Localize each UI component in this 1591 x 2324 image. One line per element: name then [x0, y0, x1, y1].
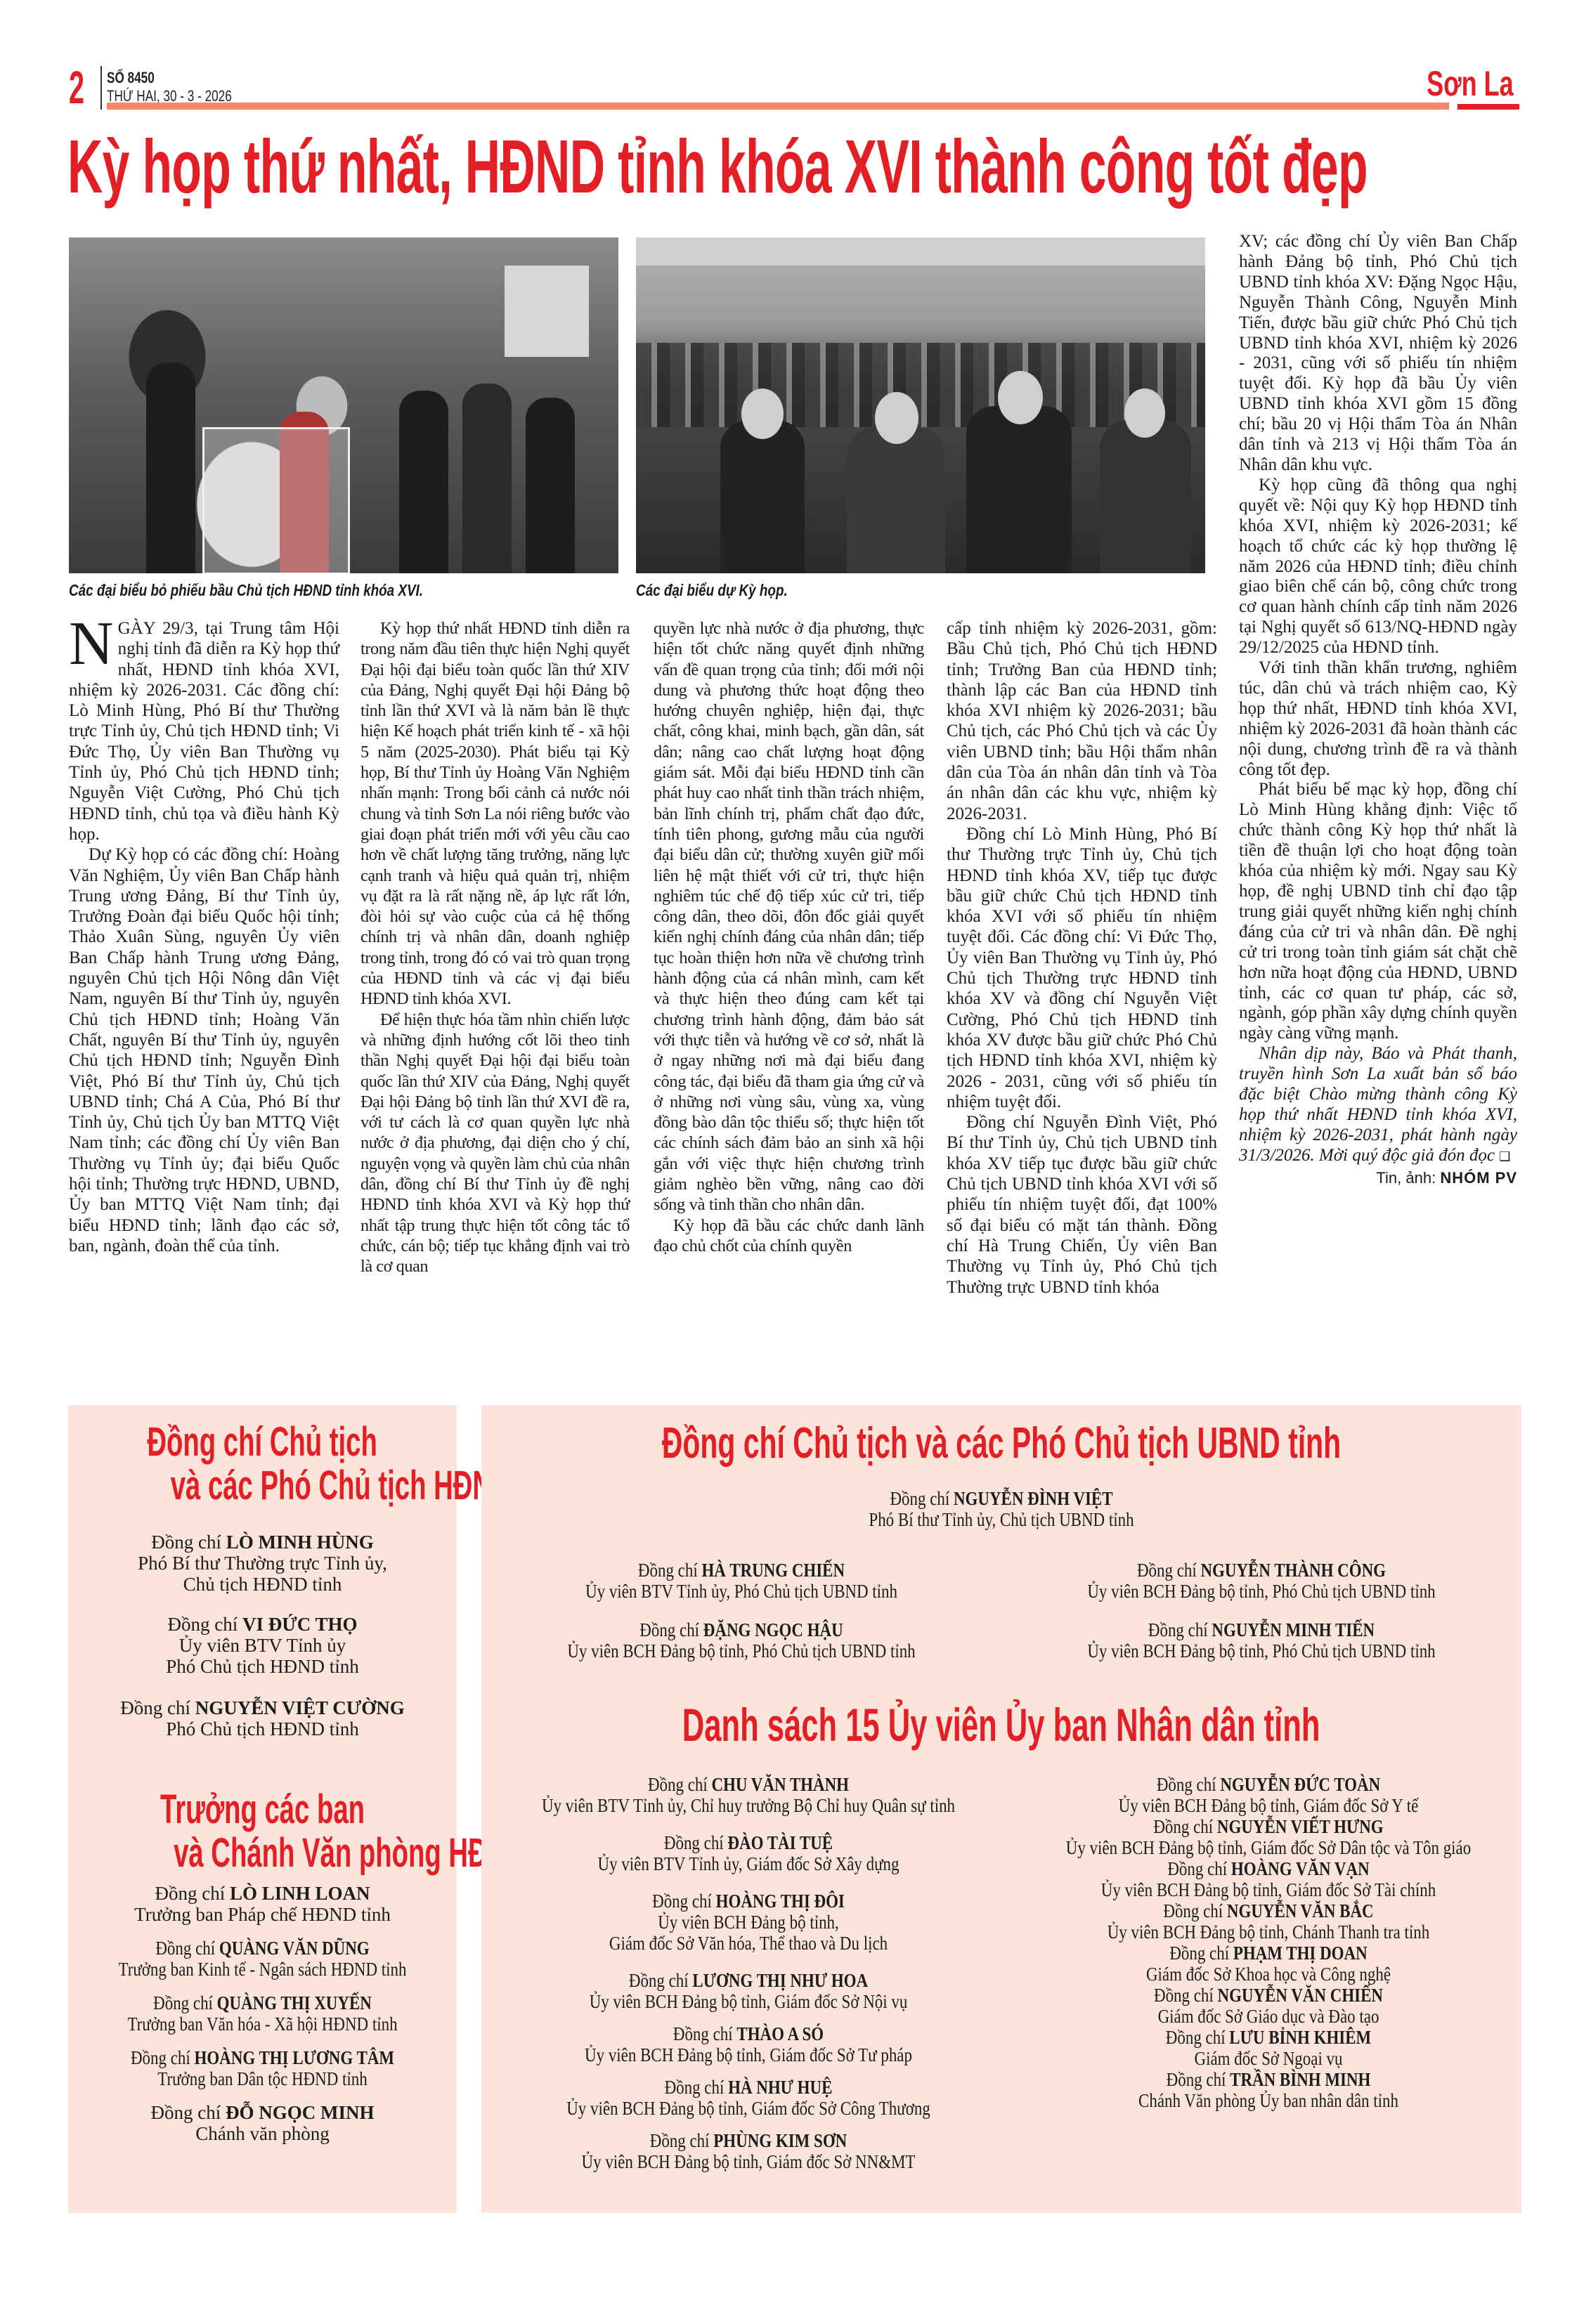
official-entry: Đồng chí CHU VĂN THÀNH Ủy viên BTV Tỉnh … — [481, 1774, 1015, 1816]
photo-face — [875, 392, 918, 444]
official-name: HÀ NHƯ HUỆ — [728, 2077, 832, 2098]
ballot-box — [202, 427, 350, 573]
photo-caption: Các đại biểu dự Kỳ họp. — [636, 580, 788, 600]
official-entry: Đồng chí QUÀNG VĂN DŨNG Trưởng ban Kinh … — [68, 1938, 457, 1980]
official-entry: Đồng chí NGUYỄN ĐỨC TOÀN Ủy viên BCH Đản… — [1015, 1774, 1521, 1816]
article-column-3: quyền lực nhà nước ở địa phương, thực hi… — [654, 618, 924, 1256]
brand-rule — [1457, 104, 1519, 110]
box-title: Đồng chí Chủ tịch và các Phó Chủ tịch UB… — [481, 1421, 1521, 1467]
official-name: ĐỖ NGỌC MINH — [226, 2102, 375, 2123]
issue-info: SỐ 8450 THỨ HAI, 30 - 3 - 2026 — [107, 69, 232, 105]
official-name: HOÀNG THỊ ĐÔI — [716, 1891, 845, 1912]
official-name: LÒ MINH HÙNG — [226, 1532, 374, 1553]
official-name: ĐÀO TÀI TUỆ — [727, 1832, 833, 1853]
official-name: QUÀNG THỊ XUYẾN — [217, 1992, 372, 2013]
official-entry: Đồng chí NGUYỄN THÀNH CÔNG Ủy viên BCH Đ… — [1001, 1560, 1521, 1602]
paragraph: Đồng chí Lò Minh Hùng, Phó Bí thư Thường… — [947, 824, 1217, 1112]
official-entry: Đồng chí LÒ MINH HÙNG Phó Bí thư Thường … — [68, 1532, 457, 1595]
official-name: HOÀNG THỊ LƯƠNG TÂM — [194, 2047, 394, 2068]
official-entry: Đồng chí HÀ TRUNG CHIẾN Ủy viên BTV Tỉnh… — [481, 1560, 1001, 1602]
box-title: Danh sách 15 Ủy viên Ủy ban Nhân dân tỉn… — [481, 1700, 1521, 1749]
official-name: NGUYỄN ĐÌNH VIỆT — [954, 1488, 1113, 1509]
paragraph: Kỳ họp đã bầu các chức danh lãnh đạo chủ… — [654, 1215, 924, 1257]
paragraph: quyền lực nhà nước ở địa phương, thực hi… — [654, 618, 924, 1215]
official-entry: Đồng chí QUÀNG THỊ XUYẾN Trưởng ban Văn … — [68, 1992, 457, 2035]
article-column-1: NGÀY 29/3, tại Trung tâm Hội nghị tỉnh đ… — [69, 618, 339, 1256]
official-entry: Đồng chí NGUYỄN VIẾT HƯNG Ủy viên BCH Đả… — [1015, 1816, 1521, 1858]
byline-label: Tin, ảnh: — [1376, 1169, 1436, 1187]
official-entry: Đồng chí HOÀNG THỊ LƯƠNG TÂM Trưởng ban … — [68, 2047, 457, 2089]
official-entry: Đồng chí LƯƠNG THỊ NHƯ HOA Ủy viên BCH Đ… — [481, 1970, 1015, 2012]
photo-figure — [966, 406, 1072, 573]
page-number: 2 — [69, 65, 84, 110]
official-name: NGUYỄN MINH TIẾN — [1212, 1619, 1375, 1640]
official-entry: Đồng chí NGUYỄN VĂN BẮC Ủy viên BCH Đảng… — [1015, 1900, 1521, 1943]
photo-delegates — [636, 237, 1205, 573]
official-name: QUÀNG VĂN DŨNG — [219, 1938, 370, 1959]
official-entry: Đồng chí HÀ NHƯ HUỆ Ủy viên BCH Đảng bộ … — [481, 2077, 1015, 2119]
photo-figure — [526, 398, 575, 573]
article-headline: Kỳ họp thứ nhất, HĐND tỉnh khóa XVI thàn… — [67, 128, 1006, 205]
byline-author: NHÓM PV — [1440, 1169, 1517, 1187]
photo-figure — [720, 420, 805, 573]
photo-caption: Các đại biểu bỏ phiếu bầu Chủ tịch HĐND … — [69, 580, 423, 600]
official-entry: Đồng chí LÒ LINH LOAN Trưởng ban Pháp ch… — [68, 1883, 457, 1925]
official-name: CHU VĂN THÀNH — [711, 1774, 849, 1795]
official-name: VI ĐỨC THỌ — [242, 1614, 358, 1635]
official-name: LƯU BỈNH KHIÊM — [1229, 2027, 1371, 2048]
section-brand: Sơn La — [1427, 65, 1514, 103]
official-name: LÒ LINH LOAN — [230, 1883, 370, 1904]
drop-cap: N — [69, 621, 114, 667]
official-name: LƯƠNG THỊ NHƯ HOA — [692, 1970, 868, 1991]
box-title: Đồng chí Chủ tịch và các Phó Chủ tịch HĐ… — [68, 1421, 457, 1508]
box-title: Trưởng các ban và Chánh Văn phòng HĐND t… — [68, 1788, 457, 1875]
official-entry: Đồng chí NGUYỄN ĐÌNH VIỆT Phó Bí thư Tỉn… — [481, 1488, 1521, 1530]
official-entry: Đồng chí LƯU BỈNH KHIÊM Giám đốc Sở Ngoạ… — [1015, 2027, 1521, 2069]
paragraph: Để hiện thực hóa tầm nhìn chiến lược và … — [361, 1010, 630, 1277]
official-entry: Đồng chí VI ĐỨC THỌ Ủy viên BTV Tỉnh ủy … — [68, 1614, 457, 1677]
header-divider — [100, 66, 102, 110]
article-column-4: cấp tỉnh nhiệm kỳ 2026-2031, gồm: Bầu Ch… — [947, 618, 1217, 1298]
official-entry: Đồng chí NGUYỄN VIỆT CƯỜNG Phó Chủ tịch … — [68, 1697, 457, 1739]
official-name: THÀO A SÓ — [736, 2023, 824, 2044]
photo-figure — [847, 427, 945, 573]
header-rule — [107, 103, 1449, 110]
photo-face — [998, 371, 1043, 424]
article-column-5: XV; các đồng chí Ủy viên Ban Chấp hành Đ… — [1239, 232, 1517, 1189]
official-entry: Đồng chí ĐÀO TÀI TUỆ Ủy viên BTV Tỉnh ủy… — [481, 1832, 1015, 1874]
official-name: HOÀNG VĂN VẠN — [1231, 1858, 1370, 1879]
official-entry: Đồng chí ĐỖ NGỌC MINH Chánh văn phòng — [68, 2102, 457, 2144]
photo-face — [741, 389, 784, 439]
official-name: NGUYỄN THÀNH CÔNG — [1200, 1560, 1386, 1581]
photo-voting — [69, 237, 618, 573]
photo-banner — [636, 237, 1205, 266]
photo-figure — [399, 391, 448, 573]
official-entry: Đồng chí NGUYỄN MINH TIẾN Ủy viên BCH Đả… — [1001, 1619, 1521, 1662]
official-entry: Đồng chí THÀO A SÓ Ủy viên BCH Đảng bộ t… — [481, 2023, 1015, 2065]
official-name: NGUYỄN VĂN BẮC — [1227, 1900, 1374, 1921]
paragraph: Kỳ họp cũng đã thông qua nghị quyết về: … — [1239, 476, 1517, 658]
official-name: HÀ TRUNG CHIẾN — [701, 1560, 845, 1581]
photo-crowd — [636, 343, 1205, 427]
photo-sign — [505, 266, 589, 357]
paragraph: Dự Kỳ họp có các đồng chí: Hoàng Văn Ngh… — [69, 844, 339, 1256]
official-entry: Đồng chí HOÀNG VĂN VẠN Ủy viên BCH Đảng … — [1015, 1858, 1521, 1900]
closing-note: Nhân dịp này, Báo và Phát thanh, truyền … — [1239, 1044, 1517, 1167]
official-name: NGUYỄN VIẾT HƯNG — [1217, 1816, 1384, 1837]
photo-figure — [146, 363, 195, 573]
official-name: NGUYỄN VĂN CHIẾN — [1218, 1985, 1383, 2006]
official-name: PHÙNG KIM SƠN — [713, 2130, 847, 2151]
photo-figure — [1100, 420, 1191, 573]
paragraph: XV; các đồng chí Ủy viên Ban Chấp hành Đ… — [1239, 232, 1517, 476]
paragraph: Kỳ họp thứ nhất HĐND tỉnh diễn ra trong … — [361, 618, 630, 1010]
official-entry: Đồng chí HOÀNG THỊ ĐÔI Ủy viên BCH Đảng … — [481, 1891, 1015, 1954]
official-entry: Đồng chí NGUYỄN VĂN CHIẾN Giám đốc Sở Gi… — [1015, 1985, 1521, 2027]
byline: Tin, ảnh: NHÓM PV — [1239, 1168, 1517, 1189]
hdnd-leaders-box: Đồng chí Chủ tịch và các Phó Chủ tịch HĐ… — [68, 1405, 457, 2213]
paragraph: cấp tỉnh nhiệm kỳ 2026-2031, gồm: Bầu Ch… — [947, 618, 1217, 824]
issue-number: SỐ 8450 — [107, 69, 232, 87]
official-name: NGUYỄN ĐỨC TOÀN — [1220, 1774, 1380, 1795]
paragraph: Đồng chí Nguyễn Đình Việt, Phó Bí thư Tỉ… — [947, 1112, 1217, 1298]
official-name: TRẦN BÌNH MINH — [1230, 2069, 1370, 2090]
photo-face — [1124, 389, 1165, 438]
official-entry: Đồng chí TRẦN BÌNH MINH Chánh Văn phòng … — [1015, 2069, 1521, 2111]
official-name: NGUYỄN VIỆT CƯỜNG — [195, 1697, 405, 1718]
photo-figure — [462, 384, 512, 573]
official-entry: Đồng chí PHẠM THỊ DOAN Giám đốc Sở Khoa … — [1015, 1943, 1521, 1985]
paragraph: Với tinh thần khẩn trương, nghiêm túc, d… — [1239, 658, 1517, 780]
official-entry: Đồng chí PHÙNG KIM SƠN Ủy viên BCH Đảng … — [481, 2130, 1015, 2172]
ubnd-box: Đồng chí Chủ tịch và các Phó Chủ tịch UB… — [481, 1405, 1521, 2213]
official-name: PHẠM THỊ DOAN — [1233, 1943, 1368, 1964]
official-entry: Đồng chí ĐẶNG NGỌC HẬU Ủy viên BCH Đảng … — [481, 1619, 1001, 1662]
article-column-2: Kỳ họp thứ nhất HĐND tỉnh diễn ra trong … — [361, 618, 630, 1277]
end-mark-icon: ❑ — [1499, 1149, 1510, 1164]
paragraph: Phát biểu bế mạc kỳ họp, đồng chí Lò Min… — [1239, 780, 1517, 1044]
official-name: ĐẶNG NGỌC HẬU — [703, 1619, 843, 1640]
